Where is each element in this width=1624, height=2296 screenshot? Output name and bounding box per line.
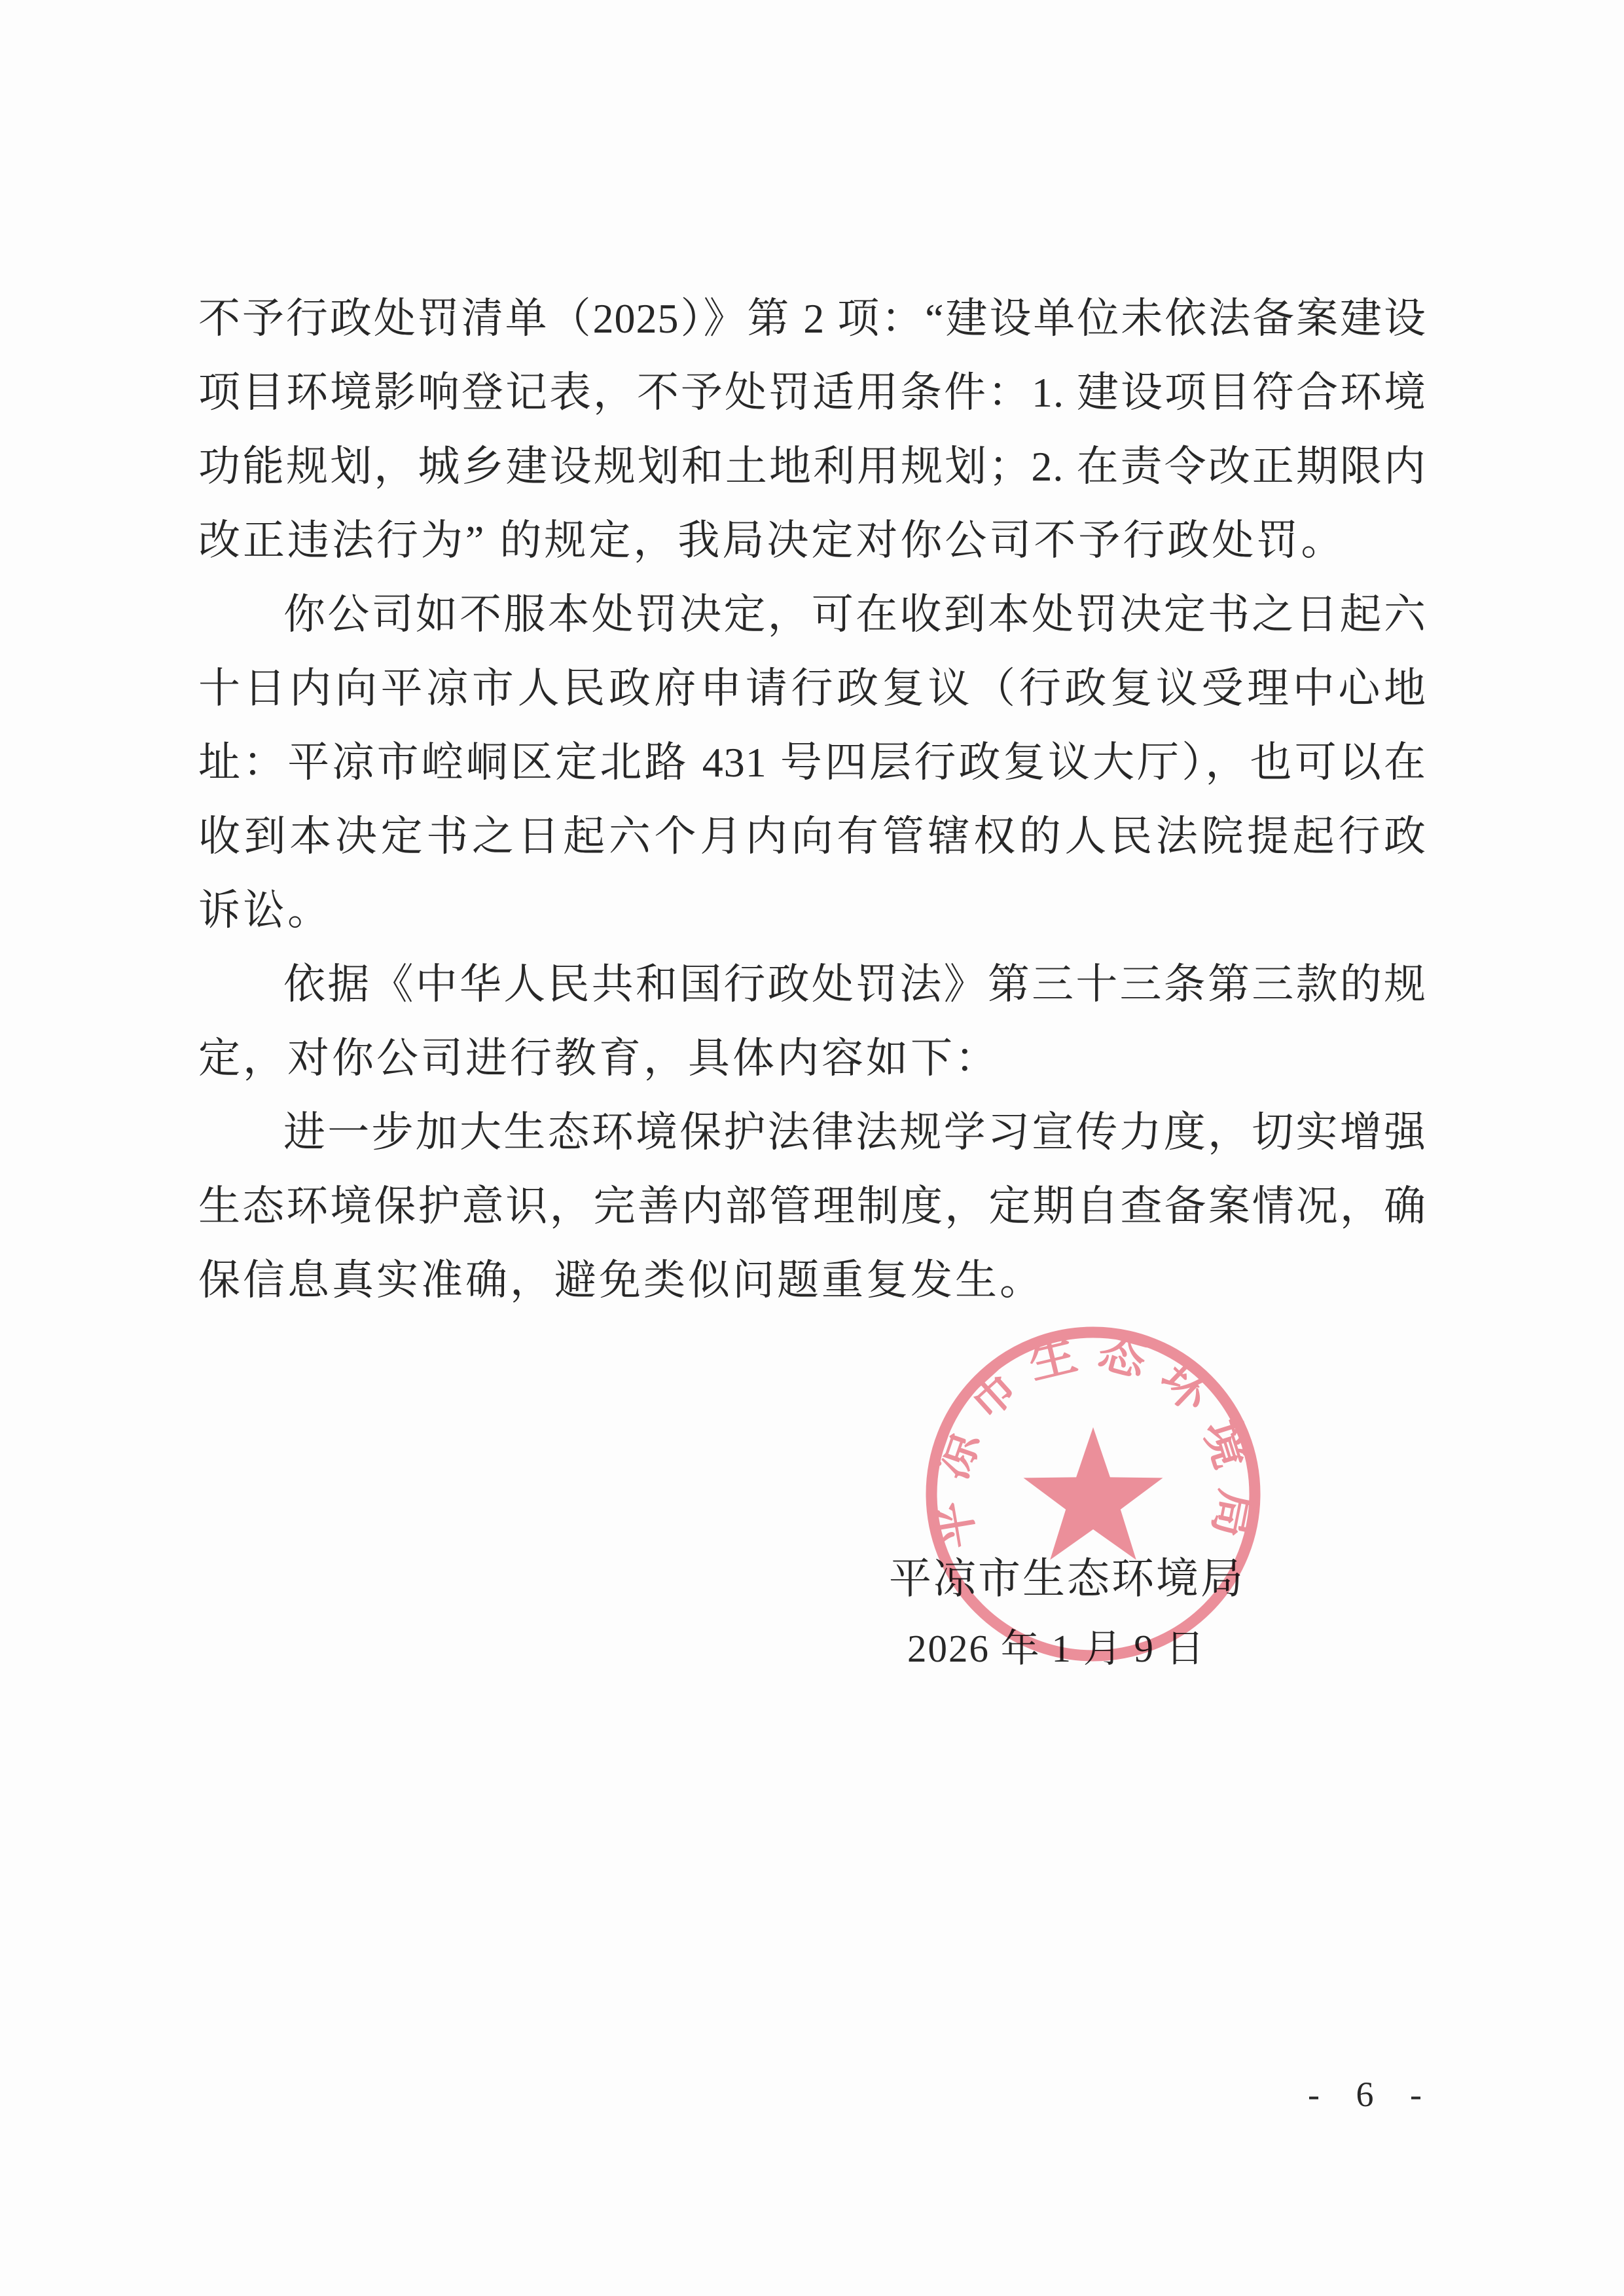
official-seal: 平凉市生态环境局 xyxy=(924,1325,1262,1663)
body-line: 址：平凉市崆峒区定北路 431 号四层行政复议大厅），也可以在 xyxy=(198,725,1426,799)
body-line: 你公司如不服本处罚决定，可在收到本处罚决定书之日起六 xyxy=(198,577,1426,651)
body-line: 进一步加大生态环境保护法律法规学习宣传力度，切实增强 xyxy=(198,1095,1426,1169)
seal-star-icon xyxy=(1024,1427,1163,1560)
body-line: 不予行政处罚清单（2025）》第 2 项：“建设单位未依法备案建设 xyxy=(198,282,1426,355)
body-line: 项目环境影响登记表，不予处罚适用条件：1. 建设项目符合环境 xyxy=(198,355,1426,429)
body-line: 定，对你公司进行教育，具体内容如下： xyxy=(198,1021,1426,1095)
body-line: 依据《中华人民共和国行政处罚法》第三十三条第三款的规 xyxy=(198,947,1426,1021)
page-number: - 6 - xyxy=(1308,2074,1430,2115)
body-line: 诉讼。 xyxy=(198,873,1426,947)
body-line: 保信息真实准确，避免类似问题重复发生。 xyxy=(198,1243,1426,1317)
body-line: 功能规划，城乡建设规划和土地利用规划；2. 在责令改正期限内 xyxy=(198,429,1426,503)
body-line: 收到本决定书之日起六个月内向有管辖权的人民法院提起行政 xyxy=(198,799,1426,873)
body-line: 十日内向平凉市人民政府申请行政复议（行政复议受理中心地 xyxy=(198,651,1426,725)
document-body: 不予行政处罚清单（2025）》第 2 项：“建设单位未依法备案建设项目环境影响登… xyxy=(198,282,1426,1317)
body-line: 生态环境保护意识，完善内部管理制度，定期自查备案情况，确 xyxy=(198,1169,1426,1243)
body-line: 改正违法行为” 的规定，我局决定对你公司不予行政处罚。 xyxy=(198,503,1426,577)
document-page: 不予行政处罚清单（2025）》第 2 项：“建设单位未依法备案建设项目环境影响登… xyxy=(0,0,1624,2296)
